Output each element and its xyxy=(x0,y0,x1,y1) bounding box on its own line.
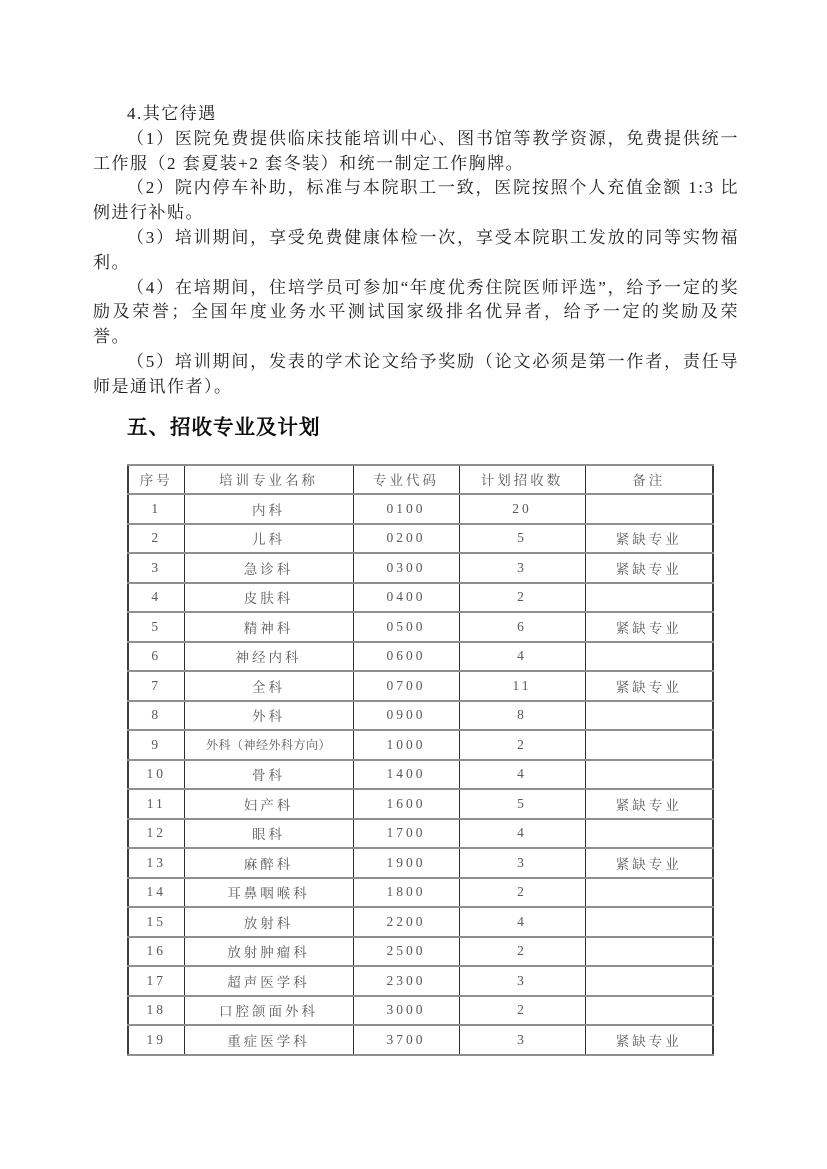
cell-major-name: 外科 xyxy=(184,701,353,731)
cell-major-name: 内科 xyxy=(184,494,353,524)
cell-plan-count: 11 xyxy=(459,671,585,701)
cell-major-code: 0700 xyxy=(353,671,459,701)
cell-index: 13 xyxy=(128,848,184,878)
cell-major-name: 神经内科 xyxy=(184,642,353,672)
cell-major-name: 口腔颌面外科 xyxy=(184,996,353,1026)
cell-remark xyxy=(585,907,713,937)
cell-remark xyxy=(585,996,713,1026)
cell-plan-count: 2 xyxy=(459,583,585,613)
cell-major-name: 急诊科 xyxy=(184,553,353,583)
cell-remark: 紧缺专业 xyxy=(585,612,713,642)
cell-major-name: 麻醉科 xyxy=(184,848,353,878)
cell-plan-count: 6 xyxy=(459,612,585,642)
cell-major-name: 皮肤科 xyxy=(184,583,353,613)
cell-major-code: 1600 xyxy=(353,789,459,819)
table-row: 18 口腔颌面外科 3000 2 xyxy=(128,996,713,1026)
cell-plan-count: 3 xyxy=(459,1025,585,1055)
cell-index: 7 xyxy=(128,671,184,701)
cell-major-name: 全科 xyxy=(184,671,353,701)
cell-major-code: 2200 xyxy=(353,907,459,937)
cell-remark xyxy=(585,819,713,849)
cell-plan-count: 20 xyxy=(459,494,585,524)
cell-index: 8 xyxy=(128,701,184,731)
cell-plan-count: 2 xyxy=(459,996,585,1026)
cell-plan-count: 8 xyxy=(459,701,585,731)
cell-major-code: 1700 xyxy=(353,819,459,849)
cell-major-name: 超声医学科 xyxy=(184,966,353,996)
cell-remark xyxy=(585,701,713,731)
table-row: 9 外科（神经外科方向） 1000 2 xyxy=(128,730,713,760)
cell-remark: 紧缺专业 xyxy=(585,1025,713,1055)
table-row: 15 放射科 2200 4 xyxy=(128,907,713,937)
cell-major-code: 2300 xyxy=(353,966,459,996)
cell-major-code: 2500 xyxy=(353,937,459,967)
cell-major-code: 1900 xyxy=(353,848,459,878)
cell-major-name: 放射科 xyxy=(184,907,353,937)
cell-index: 12 xyxy=(128,819,184,849)
table-row: 3 急诊科 0300 3 紧缺专业 xyxy=(128,553,713,583)
cell-index: 3 xyxy=(128,553,184,583)
paragraph-benefit-2: （2）院内停车补助，标准与本院职工一致，医院按照个人充值金额 1:3 比例进行补… xyxy=(93,176,739,226)
table-row: 19 重症医学科 3700 3 紧缺专业 xyxy=(128,1025,713,1055)
table-row: 8 外科 0900 8 xyxy=(128,701,713,731)
cell-major-name: 眼科 xyxy=(184,819,353,849)
cell-remark: 紧缺专业 xyxy=(585,789,713,819)
cell-plan-count: 4 xyxy=(459,760,585,790)
cell-plan-count: 2 xyxy=(459,878,585,908)
cell-plan-count: 2 xyxy=(459,730,585,760)
table-row: 2 儿科 0200 5 紧缺专业 xyxy=(128,524,713,554)
cell-major-code: 1000 xyxy=(353,730,459,760)
cell-plan-count: 4 xyxy=(459,642,585,672)
cell-index: 10 xyxy=(128,760,184,790)
table-row: 1 内科 0100 20 xyxy=(128,494,713,524)
paragraph-benefit-4: （4）在培期间，住培学员可参加“年度优秀住院医师评选”，给予一定的奖励及荣誉；全… xyxy=(93,276,739,350)
cell-plan-count: 5 xyxy=(459,789,585,819)
cell-major-name: 耳鼻咽喉科 xyxy=(184,878,353,908)
cell-remark xyxy=(585,966,713,996)
cell-remark xyxy=(585,583,713,613)
recruitment-plan-table-container: 序号 培训专业名称 专业代码 计划招收数 备注 1 内科 0100 20 2 儿… xyxy=(127,464,739,1056)
table-row: 16 放射肿瘤科 2500 2 xyxy=(128,937,713,967)
cell-remark xyxy=(585,730,713,760)
cell-plan-count: 5 xyxy=(459,524,585,554)
cell-index: 5 xyxy=(128,612,184,642)
column-header-index: 序号 xyxy=(128,465,184,495)
cell-major-code: 1800 xyxy=(353,878,459,908)
cell-index: 2 xyxy=(128,524,184,554)
cell-remark xyxy=(585,937,713,967)
table-row: 17 超声医学科 2300 3 xyxy=(128,966,713,996)
paragraph-benefit-1: （1）医院免费提供临床技能培训中心、图书馆等教学资源，免费提供统一工作服（2 套… xyxy=(93,127,739,177)
table-row: 10 骨科 1400 4 xyxy=(128,760,713,790)
cell-major-name: 儿科 xyxy=(184,524,353,554)
cell-plan-count: 3 xyxy=(459,966,585,996)
cell-plan-count: 3 xyxy=(459,848,585,878)
cell-remark: 紧缺专业 xyxy=(585,671,713,701)
column-header-major-code: 专业代码 xyxy=(353,465,459,495)
cell-major-name: 妇产科 xyxy=(184,789,353,819)
cell-plan-count: 4 xyxy=(459,907,585,937)
cell-index: 9 xyxy=(128,730,184,760)
cell-remark xyxy=(585,760,713,790)
cell-plan-count: 2 xyxy=(459,937,585,967)
cell-major-code: 0300 xyxy=(353,553,459,583)
cell-major-code: 0100 xyxy=(353,494,459,524)
cell-index: 18 xyxy=(128,996,184,1026)
cell-remark: 紧缺专业 xyxy=(585,848,713,878)
cell-major-name: 骨科 xyxy=(184,760,353,790)
cell-index: 19 xyxy=(128,1025,184,1055)
document-page: 4.其它待遇 （1）医院免费提供临床技能培训中心、图书馆等教学资源，免费提供统一… xyxy=(0,0,827,1169)
paragraph-other-benefits-title: 4.其它待遇 xyxy=(93,102,739,127)
cell-major-name: 外科（神经外科方向） xyxy=(184,730,353,760)
table-row: 13 麻醉科 1900 3 紧缺专业 xyxy=(128,848,713,878)
table-row: 14 耳鼻咽喉科 1800 2 xyxy=(128,878,713,908)
cell-major-name: 放射肿瘤科 xyxy=(184,937,353,967)
cell-remark xyxy=(585,642,713,672)
cell-major-code: 0400 xyxy=(353,583,459,613)
table-row: 4 皮肤科 0400 2 xyxy=(128,583,713,613)
cell-major-code: 1400 xyxy=(353,760,459,790)
cell-remark: 紧缺专业 xyxy=(585,524,713,554)
cell-major-code: 3000 xyxy=(353,996,459,1026)
cell-index: 15 xyxy=(128,907,184,937)
cell-index: 14 xyxy=(128,878,184,908)
cell-index: 17 xyxy=(128,966,184,996)
cell-index: 6 xyxy=(128,642,184,672)
recruitment-plan-table: 序号 培训专业名称 专业代码 计划招收数 备注 1 内科 0100 20 2 儿… xyxy=(127,464,714,1056)
cell-major-code: 0200 xyxy=(353,524,459,554)
cell-major-code: 0900 xyxy=(353,701,459,731)
table-row: 7 全科 0700 11 紧缺专业 xyxy=(128,671,713,701)
cell-major-code: 0500 xyxy=(353,612,459,642)
cell-plan-count: 3 xyxy=(459,553,585,583)
column-header-plan-count: 计划招收数 xyxy=(459,465,585,495)
table-header-row: 序号 培训专业名称 专业代码 计划招收数 备注 xyxy=(128,465,713,495)
cell-plan-count: 4 xyxy=(459,819,585,849)
table-row: 12 眼科 1700 4 xyxy=(128,819,713,849)
cell-index: 1 xyxy=(128,494,184,524)
cell-remark xyxy=(585,494,713,524)
column-header-remark: 备注 xyxy=(585,465,713,495)
paragraph-benefit-5: （5）培训期间，发表的学术论文给予奖励（论文必须是第一作者，责任导师是通讯作者）… xyxy=(93,350,739,400)
cell-index: 16 xyxy=(128,937,184,967)
table-row: 6 神经内科 0600 4 xyxy=(128,642,713,672)
cell-major-name: 重症医学科 xyxy=(184,1025,353,1055)
cell-major-name: 精神科 xyxy=(184,612,353,642)
cell-index: 4 xyxy=(128,583,184,613)
cell-remark: 紧缺专业 xyxy=(585,553,713,583)
column-header-major-name: 培训专业名称 xyxy=(184,465,353,495)
section-heading-recruitment-plan: 五、招收专业及计划 xyxy=(93,413,739,443)
cell-major-code: 3700 xyxy=(353,1025,459,1055)
document-body: 4.其它待遇 （1）医院免费提供临床技能培训中心、图书馆等教学资源，免费提供统一… xyxy=(93,102,739,1056)
table-row: 11 妇产科 1600 5 紧缺专业 xyxy=(128,789,713,819)
paragraph-benefit-3: （3）培训期间，享受免费健康体检一次，享受本院职工发放的同等实物福利。 xyxy=(93,226,739,276)
cell-index: 11 xyxy=(128,789,184,819)
table-row: 5 精神科 0500 6 紧缺专业 xyxy=(128,612,713,642)
cell-remark xyxy=(585,878,713,908)
cell-major-code: 0600 xyxy=(353,642,459,672)
